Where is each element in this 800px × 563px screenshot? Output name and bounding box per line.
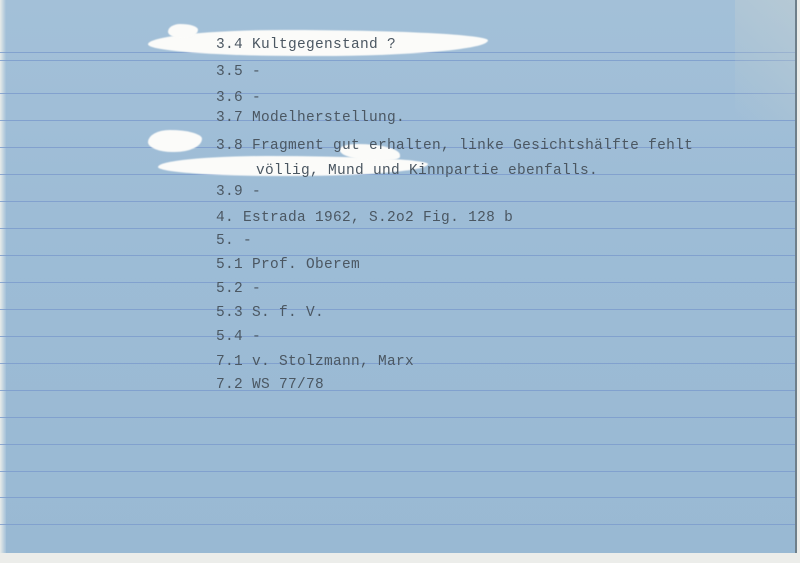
entry-3-5: 3.5 - — [216, 64, 261, 80]
index-card: 3.4 Kultgegenstand ? 3.5 - 3.6 - 3.7 Mod… — [0, 0, 797, 553]
ruled-line — [0, 471, 795, 472]
entry-7-2: 7.2 WS 77/78 — [216, 377, 324, 393]
entry-3-9: 3.9 - — [216, 184, 261, 200]
ruled-line — [0, 309, 795, 310]
entry-7-1: 7.1 v. Stolzmann, Marx — [216, 354, 414, 370]
correction-fluid-mark — [148, 130, 202, 152]
ruled-line — [0, 255, 795, 256]
entry-5-2: 5.2 - — [216, 281, 261, 297]
entry-5-1: 5.1 Prof. Oberem — [216, 257, 360, 273]
entry-3-8-continued: völlig, Mund und Kinnpartie ebenfalls. — [256, 163, 598, 179]
ruled-line — [0, 282, 795, 283]
ruled-line — [0, 60, 795, 61]
ruled-line — [0, 228, 795, 229]
ruled-line — [0, 201, 795, 202]
ruled-line — [0, 93, 795, 94]
entry-4: 4. Estrada 1962, S.2o2 Fig. 128 b — [216, 210, 513, 226]
entry-3-7: 3.7 Modelherstellung. — [216, 110, 405, 126]
entry-5-4: 5.4 - — [216, 329, 261, 345]
entry-3-4: 3.4 Kultgegenstand ? — [216, 37, 396, 53]
ruled-line — [0, 524, 795, 525]
ruled-line — [0, 390, 795, 391]
entry-5: 5. - — [216, 233, 252, 249]
ruled-line — [0, 444, 795, 445]
ruled-line — [0, 336, 795, 337]
entry-5-3: 5.3 S. f. V. — [216, 305, 324, 321]
entry-3-6: 3.6 - — [216, 90, 261, 106]
ruled-line — [0, 417, 795, 418]
entry-3-8: 3.8 Fragment gut erhalten, linke Gesicht… — [216, 138, 693, 154]
ruled-line — [0, 497, 795, 498]
